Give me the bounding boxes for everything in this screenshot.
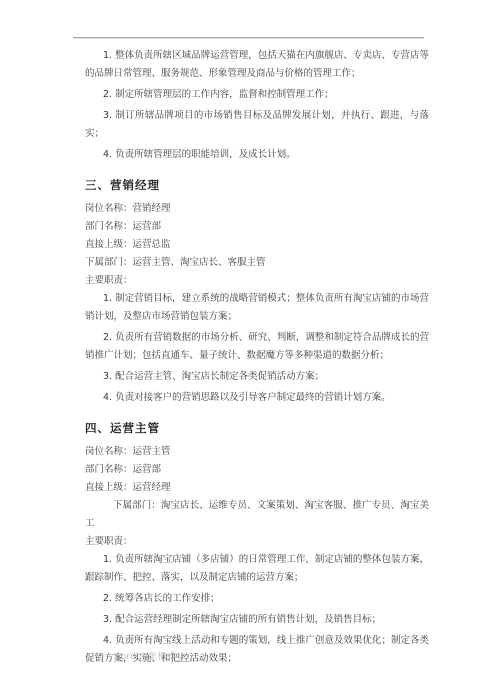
document-page: 1. 整体负责所辖区域品牌运营管理，包括天猫在内旗舰店、专卖店、专营店等的品牌日… [0,0,500,691]
field-subordinate-departments: 下属部门：运营主管、淘宝店长、客服主管 [85,254,429,272]
page-footer-watermark: eord 完美格式 [115,651,175,663]
field-department-name: 部门名称：运营部 [85,461,429,479]
duty-item: 1. 负责所辖淘宝店铺（多店铺）的日常管理工作，制定店铺的整体包装方案，跟踪制作… [85,551,429,587]
duty-item: 3. 配合运营经理制定所辖淘宝店铺的所有销售计划，及销售目标； [85,611,429,629]
duty-item: 3. 制订所辖品牌项目的市场销售目标及品牌发展计划，并执行、跟进，与落实； [85,107,429,143]
duty-item: 3. 配合运营主管、淘宝店长制定各类促销活动方案； [85,368,429,386]
header-divider [73,37,424,38]
section-title-marketing-manager: 三、营销经理 [85,177,429,194]
field-subordinate-departments: 下属部门：淘宝店长、运维专员、文案策划、淘宝客服、推广专员、淘宝美工 [85,497,429,533]
field-department-name: 部门名称：运营部 [85,218,429,236]
field-position-name: 岗位名称：运营主管 [85,443,429,461]
duty-item: 4. 负责所辖管理层的职能培训，及成长计划。 [85,146,429,164]
field-direct-superior: 直接上级：运营总监 [85,236,429,254]
document-body: 1. 整体负责所辖区域品牌运营管理，包括天猫在内旗舰店、专卖店、专营店等的品牌日… [85,47,429,671]
section-title-operations-supervisor: 四、运营主管 [85,420,429,437]
field-direct-superior: 直接上级：运营经理 [85,479,429,497]
duty-item: 2. 制定所辖管理层的工作内容，监督和控制管理工作； [85,86,429,104]
field-main-duties-label: 主要职责： [85,272,429,290]
duty-item: 2. 负责所有营销数据的市场分析、研究、判断，调整和制定符合品牌成长的营销推广计… [85,329,429,365]
duty-item: 4. 负责对接客户的营销思路以及引导客户制定最终的营销计划方案。 [85,389,429,407]
field-position-name: 岗位名称：营销经理 [85,200,429,218]
field-main-duties-label: 主要职责： [85,533,429,551]
duty-item: 1. 整体负责所辖区域品牌运营管理，包括天猫在内旗舰店、专卖店、专营店等的品牌日… [85,47,429,83]
duty-item: 2. 统筹各店长的工作安排； [85,590,429,608]
duty-item: 1. 制定营销目标，建立系统的战略营销模式；整体负责所有淘宝店铺的市场营销计划，… [85,290,429,326]
